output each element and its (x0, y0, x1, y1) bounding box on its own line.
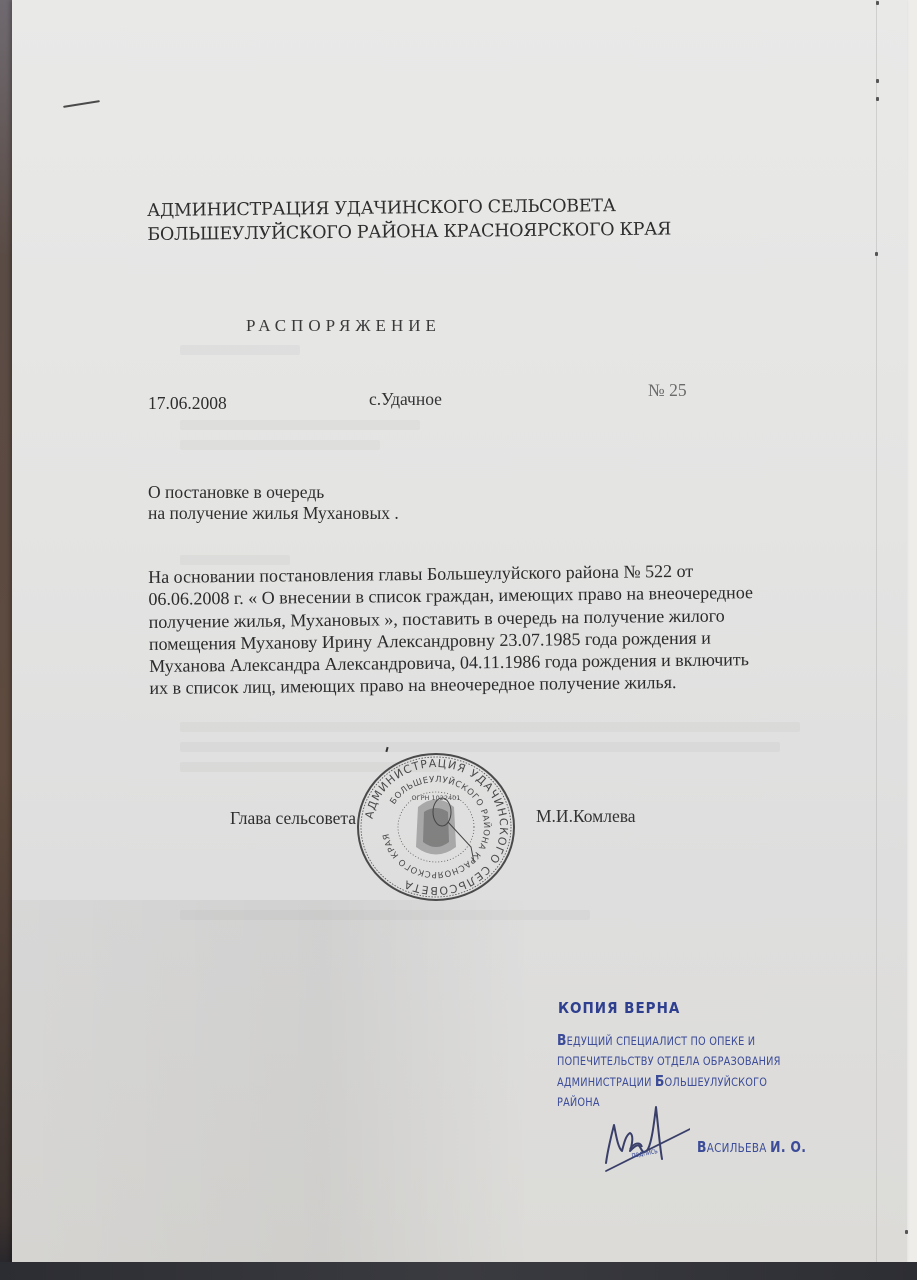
document-subject: О постановке в очередь на получение жиль… (148, 482, 399, 524)
certification-line: администрации Большеулуйского (557, 1071, 781, 1092)
handwritten-signature-icon (600, 1103, 690, 1175)
bleed-through (180, 440, 380, 450)
certification-line: Ведущий специалист по опеке и (557, 1030, 781, 1051)
document-number: № 25 (648, 380, 687, 401)
certification-signer: Васильева И. О. (697, 1138, 806, 1156)
official-seal-icon: АДМИНИСТРАЦИЯ УДАЧИНСКОГО СЕЛЬСОВЕТА БОЛ… (356, 752, 516, 902)
document-body: На основании постановления главы Большеу… (148, 559, 754, 700)
bleed-through (180, 910, 590, 920)
signatory-role: Глава сельсовета (230, 808, 356, 829)
fold-line (876, 0, 877, 1264)
bleed-through (180, 742, 780, 752)
bleed-through (180, 345, 300, 355)
bleed-through (180, 420, 420, 430)
staple-hole-mark (905, 1230, 908, 1234)
staple-hole-mark (875, 252, 878, 256)
bleed-through (180, 555, 290, 565)
certification-title: КОПИЯ ВЕРНА (558, 999, 680, 1017)
document-type: РАСПОРЯЖЕНИЕ (246, 316, 441, 336)
desk-bottom (0, 1262, 917, 1280)
seal-ogrn: ОГРН 1022401 (412, 794, 461, 802)
signatory-name: М.И.Комлева (536, 806, 636, 827)
staple-hole-mark (876, 79, 879, 83)
subject-line-2: на получение жилья Мухановых . (148, 503, 399, 524)
document-place: с.Удачное (369, 389, 442, 410)
certification-line: попечительству отдела образования (557, 1051, 781, 1071)
certification-body: Ведущий специалист по опеке и попечитель… (557, 1030, 781, 1112)
organization-header: АДМИНИСТРАЦИЯ УДАЧИНСКОГО СЕЛЬСОВЕТА БОЛ… (147, 194, 671, 247)
document-date: 17.06.2008 (148, 393, 227, 414)
subject-line-1: О постановке в очередь (148, 482, 399, 503)
staple-hole-mark (876, 97, 879, 101)
bleed-through (180, 722, 800, 732)
paper-shadow (12, 900, 532, 1264)
staple-hole-mark (876, 1, 879, 5)
